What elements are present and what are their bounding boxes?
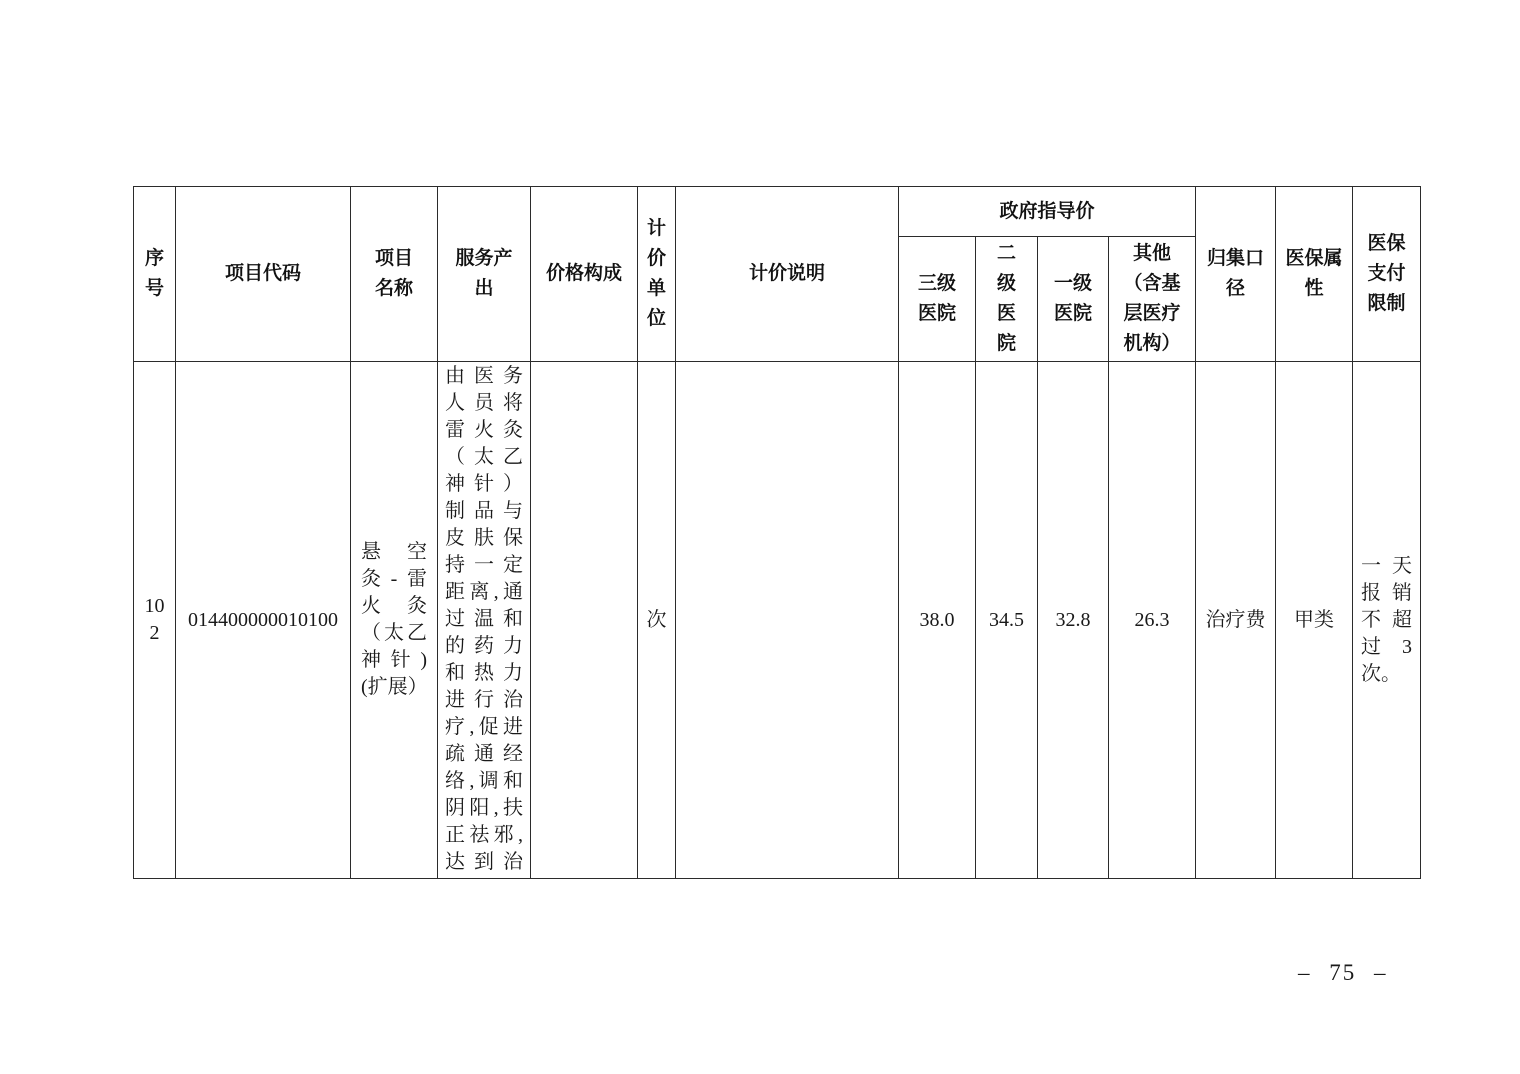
fee-schedule-table: 序号 项目代码 项目名称 服务产出 价格构成 计价单位 计价说明 政府指导价 归…: [133, 186, 1421, 879]
cell-price-other: 26.3: [1109, 362, 1196, 879]
col-header-pricing-note: 计价说明: [676, 187, 899, 362]
col-header-seq: 序号: [134, 187, 176, 362]
page-number: – 75 –: [1298, 960, 1388, 986]
document-page: 序号 项目代码 项目名称 服务产出 价格构成 计价单位 计价说明 政府指导价 归…: [0, 0, 1520, 1074]
cell-code: 014400000010100: [176, 362, 351, 879]
col-header-payment-limit: 医保支付限制: [1353, 187, 1421, 362]
cell-payment-limit: 一天报销不超过3次。: [1353, 362, 1421, 879]
col-header-collection-category: 归集口径: [1196, 187, 1276, 362]
cell-seq: 102: [134, 362, 176, 879]
col-header-name: 项目名称: [351, 187, 438, 362]
cell-collection-category: 治疗费: [1196, 362, 1276, 879]
cell-name: 悬空灸-雷火灸（太乙神针)(扩展）: [351, 362, 438, 879]
col-header-insurance-attr: 医保属性: [1276, 187, 1353, 362]
cell-price-tier1: 32.8: [1038, 362, 1109, 879]
header-row-top: 序号 项目代码 项目名称 服务产出 价格构成 计价单位 计价说明 政府指导价 归…: [134, 187, 1421, 237]
col-header-tier1-hospital: 一级医院: [1038, 237, 1109, 362]
cell-price-tier2: 34.5: [976, 362, 1038, 879]
col-header-unit: 计价单位: [638, 187, 676, 362]
col-header-output: 服务产出: [438, 187, 531, 362]
col-header-code: 项目代码: [176, 187, 351, 362]
cell-pricing-note: [676, 362, 899, 879]
cell-price-composition: [531, 362, 638, 879]
cell-price-tier3: 38.0: [899, 362, 976, 879]
col-header-tier3-hospital: 三级医院: [899, 237, 976, 362]
table-row: 102 014400000010100 悬空灸-雷火灸（太乙神针)(扩展） 由医…: [134, 362, 1421, 879]
cell-unit: 次: [638, 362, 676, 879]
col-header-price-composition: 价格构成: [531, 187, 638, 362]
cell-insurance-attr: 甲类: [1276, 362, 1353, 879]
col-header-gov-guide-price: 政府指导价: [899, 187, 1196, 237]
cell-output: 由医务人员将雷火灸（太乙神针）制品与皮肤保持一定距离,通过温和的药力和热力进行治…: [438, 362, 531, 879]
col-header-tier2-hospital: 二级医院: [976, 237, 1038, 362]
cell-name-text: 悬空灸-雷火灸（太乙神针)(扩展）: [361, 539, 427, 701]
cell-payment-limit-text: 一天报销不超过3次。: [1361, 553, 1412, 688]
col-header-other-institution: 其他（含基层医疗机构）: [1109, 237, 1196, 362]
cell-output-text: 由医务人员将雷火灸（太乙神针）制品与皮肤保持一定距离,通过温和的药力和热力进行治…: [445, 363, 523, 875]
